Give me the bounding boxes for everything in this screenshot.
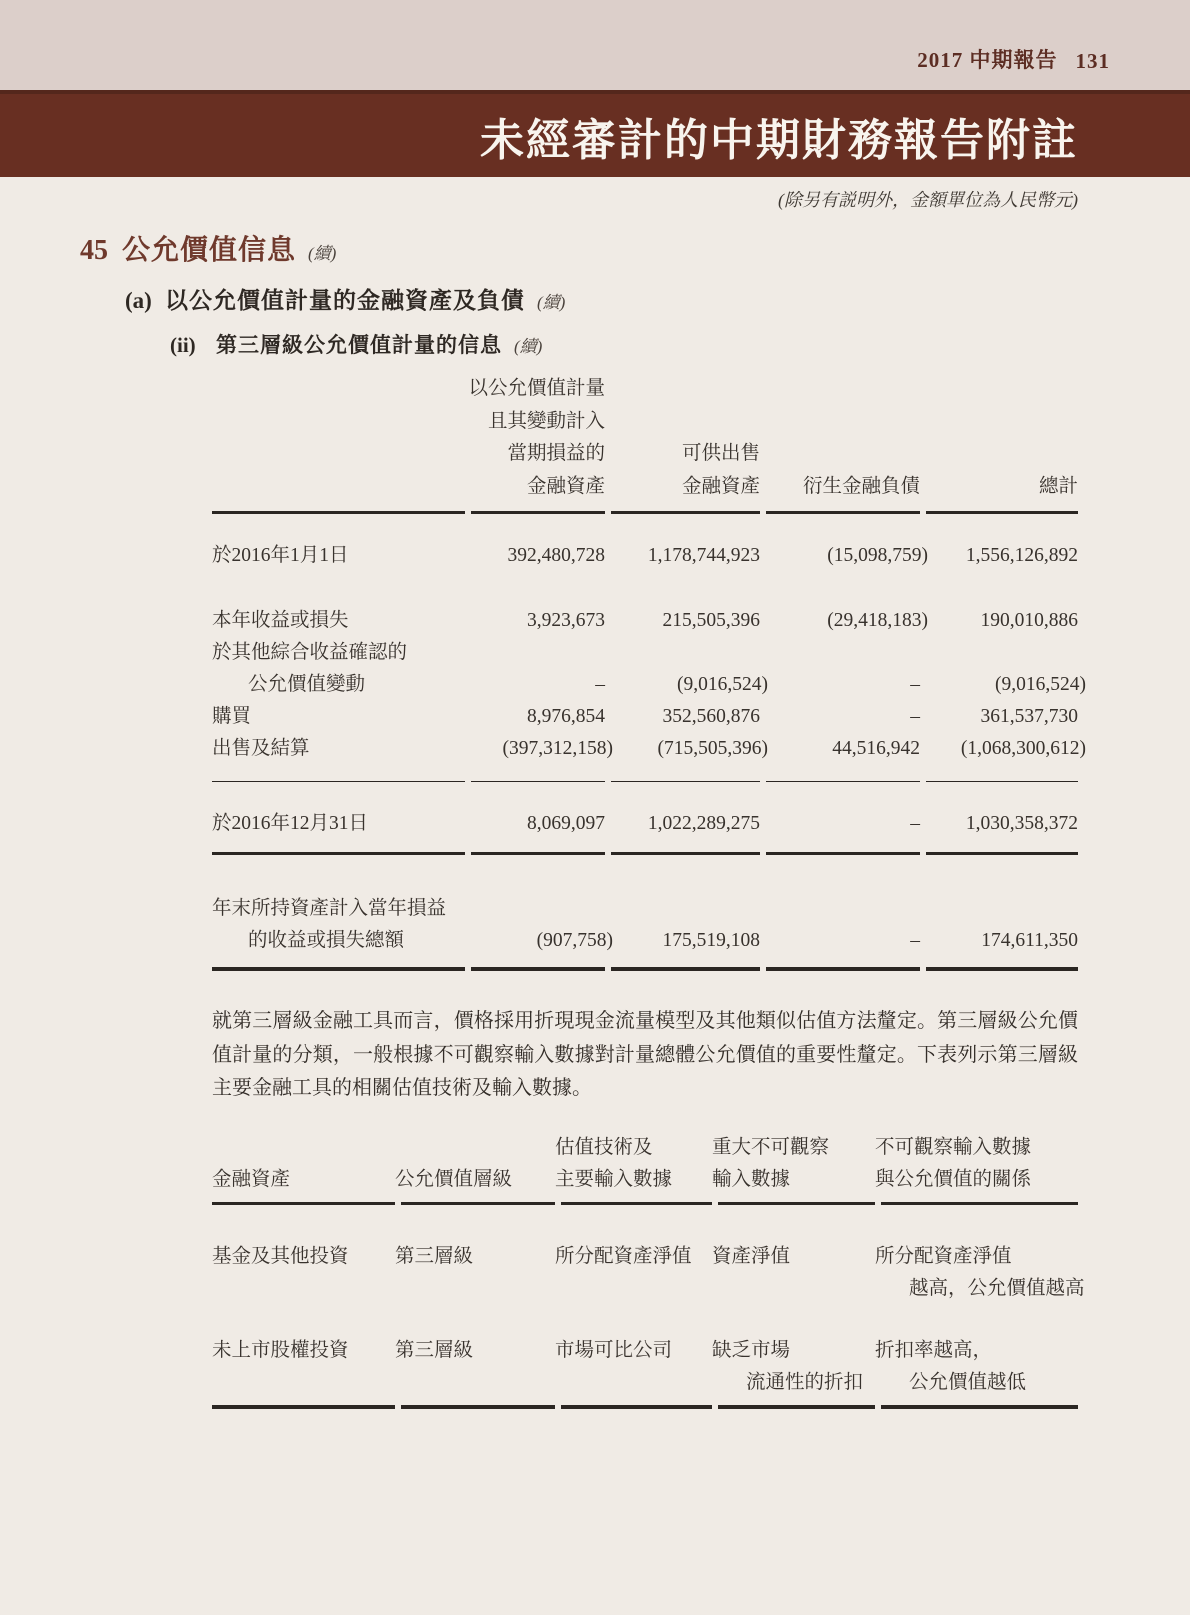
commentary-paragraph: 就第三層級金融工具而言，價格採用折現現金流量模型及其他類似估值方法釐定。第三層級…	[212, 1005, 1078, 1106]
cell-value: –	[760, 925, 920, 957]
column-header-line: 以公允價值計量	[465, 373, 605, 406]
subheading-a-title: 以公允價值計量的金融資產及負債	[165, 282, 525, 315]
page-number: 131	[1076, 49, 1111, 74]
rule-segment	[718, 1202, 875, 1205]
column-header: 估值技術及主要輸入數據	[555, 1132, 712, 1196]
rule-segment	[766, 967, 920, 971]
table-header-row: 金融資產公允價值層級估值技術及主要輸入數據重大不可觀察輸入數據不可觀察輸入數據與…	[212, 1132, 1078, 1196]
cell-value: –	[760, 669, 920, 701]
cell-value: 所分配資產淨值越高，公允價值越高	[875, 1241, 1078, 1305]
column-header-line: 不可觀察輸入數據	[875, 1132, 1078, 1164]
cell-value: 基金及其他投資	[212, 1241, 395, 1305]
cell-line: 第三層級	[395, 1335, 555, 1367]
column-header: 不可觀察輸入數據與公允價值的關係	[875, 1132, 1078, 1196]
column-header: 衍生金融負債	[760, 471, 920, 504]
cell-value: 缺乏市場流通性的折扣	[712, 1335, 875, 1399]
column-header-line: 輸入數據	[712, 1164, 875, 1196]
rule-segment	[881, 1405, 1078, 1409]
column-header: 總計	[920, 471, 1078, 504]
cell-line: 基金及其他投資	[212, 1241, 395, 1273]
table-rule	[212, 511, 1078, 514]
cell-value: 1,178,744,923	[605, 540, 760, 572]
table-header-row: 以公允價值計量且其變動計入當期損益的金融資產可供出售金融資產衍生金融負債總計	[212, 373, 1078, 503]
column-header-line: 可供出售	[605, 438, 760, 471]
row-label: 公允價值變動	[212, 669, 465, 701]
cell-value	[605, 893, 760, 925]
column-header-line: 總計	[920, 471, 1078, 504]
page-title: 未經審計的中期財務報告附註	[480, 104, 1078, 168]
table-rule	[212, 852, 1078, 855]
rule-segment	[401, 1405, 555, 1409]
cell-value: 市場可比公司	[555, 1335, 712, 1399]
rule-segment	[766, 781, 920, 782]
subheading-ii-title: 第三層級公允價值計量的信息	[216, 329, 502, 359]
row-label: 購買	[212, 701, 465, 733]
row-label: 於其他綜合收益確認的	[212, 637, 465, 669]
rule-segment	[471, 781, 605, 782]
cell-line: 流通性的折扣	[712, 1367, 875, 1399]
cell-value: 第三層級	[395, 1241, 555, 1305]
row-label: 的收益或損失總額	[212, 925, 465, 957]
cell-value	[465, 893, 605, 925]
cell-value: 175,519,108	[605, 925, 760, 957]
rule-segment	[561, 1202, 712, 1205]
cell-line: 所分配資產淨值	[875, 1241, 1078, 1273]
rule-segment	[212, 1202, 395, 1205]
rule-segment	[926, 781, 1078, 782]
column-header-line: 金融資產	[605, 471, 760, 504]
currency-note: (除另有説明外，金額單位為人民幣元)	[0, 186, 1190, 212]
cell-value: (15,098,759)	[760, 540, 928, 572]
rule-segment	[926, 511, 1078, 514]
cell-value: 8,069,097	[465, 808, 605, 840]
column-header-line: 金融資產	[465, 471, 605, 504]
section-heading: 45 公允價值信息 (續)	[80, 228, 1190, 268]
rule-segment	[611, 967, 760, 971]
cell-value	[605, 637, 760, 669]
rule-segment	[718, 1405, 875, 1409]
cell-value: (397,312,158)	[465, 733, 613, 765]
section-continued-marker: (續)	[308, 239, 336, 264]
rule-segment	[212, 967, 465, 971]
cell-value: –	[760, 701, 920, 733]
cell-value	[760, 637, 920, 669]
column-header: 可供出售金融資產	[605, 438, 760, 503]
cell-value: 215,505,396	[605, 605, 760, 637]
cell-line: 未上市股權投資	[212, 1335, 395, 1367]
cell-value: 1,556,126,892	[920, 540, 1078, 572]
report-page: 2017 中期報告 131 未經審計的中期財務報告附註 (除另有説明外，金額單位…	[0, 0, 1190, 1615]
cell-value: 未上市股權投資	[212, 1335, 395, 1399]
page-header-strip: 2017 中期報告 131	[0, 0, 1190, 90]
column-header: 公允價值層級	[395, 1164, 555, 1196]
rule-segment	[401, 1202, 555, 1205]
rule-segment	[611, 781, 760, 782]
cell-value: 折扣率越高，公允價值越低	[875, 1335, 1078, 1399]
column-header-line: 且其變動計入	[465, 406, 605, 439]
column-header: 重大不可觀察輸入數據	[712, 1132, 875, 1196]
cell-value	[920, 893, 1078, 925]
section-number: 45	[80, 235, 122, 267]
table-row: 購買8,976,854352,560,876–361,537,730	[212, 701, 1078, 733]
subheading-a-continued-marker: (續)	[537, 288, 565, 313]
rule-segment	[212, 781, 465, 782]
title-banner: 未經審計的中期財務報告附註	[0, 90, 1190, 177]
row-label: 本年收益或損失	[212, 605, 465, 637]
cell-value: 361,537,730	[920, 701, 1078, 733]
table-row: 公允價值變動–(9,016,524)–(9,016,524)	[212, 669, 1078, 701]
cell-line: 第三層級	[395, 1241, 555, 1273]
cell-line: 折扣率越高，	[875, 1335, 1078, 1367]
cell-value: –	[465, 669, 605, 701]
rule-segment	[766, 511, 920, 514]
rule-segment	[471, 852, 605, 855]
column-header-line: 主要輸入數據	[555, 1164, 712, 1196]
rule-segment	[561, 1405, 712, 1409]
table-row: 本年收益或損失3,923,673215,505,396(29,418,183)1…	[212, 605, 1078, 637]
subheading-a: (a) 以公允價值計量的金融資產及負債 (續)	[125, 282, 1190, 315]
cell-value: 所分配資產淨值	[555, 1241, 712, 1305]
column-header: 金融資產	[212, 1164, 395, 1196]
cell-line: 公允價值越低	[875, 1367, 1078, 1399]
cell-line: 越高，公允價值越高	[875, 1273, 1078, 1305]
table-rule	[212, 967, 1078, 971]
rule-segment	[766, 852, 920, 855]
subheading-ii-label: (ii)	[170, 333, 216, 358]
row-label: 於2016年12月31日	[212, 808, 465, 840]
table-rule	[212, 1202, 1078, 1205]
cell-value: 44,516,942	[760, 733, 920, 765]
table-row: 的收益或損失總額(907,758)175,519,108–174,611,350	[212, 925, 1078, 957]
report-title: 2017 中期報告	[917, 44, 1057, 74]
table-row: 出售及結算(397,312,158)(715,505,396)44,516,94…	[212, 733, 1078, 765]
row-label: 於2016年1月1日	[212, 540, 465, 572]
valuation-technique-table: 金融資產公允價值層級估值技術及主要輸入數據重大不可觀察輸入數據不可觀察輸入數據與…	[212, 1132, 1078, 1409]
rule-segment	[881, 1202, 1078, 1205]
rule-segment	[611, 511, 760, 514]
table-row: 年末所持資產計入當年損益	[212, 893, 1078, 925]
table-row: 未上市股權投資第三層級市場可比公司缺乏市場流通性的折扣折扣率越高，公允價值越低	[212, 1335, 1078, 1399]
cell-value	[465, 637, 605, 669]
cell-value: (9,016,524)	[920, 669, 1086, 701]
movement-table: 以公允價值計量且其變動計入當期損益的金融資產可供出售金融資產衍生金融負債總計於2…	[212, 373, 1078, 971]
cell-value: 資產淨值	[712, 1241, 875, 1305]
cell-value: 1,022,289,275	[605, 808, 760, 840]
column-header-line: 當期損益的	[465, 438, 605, 471]
cell-value: 352,560,876	[605, 701, 760, 733]
cell-value: –	[760, 808, 920, 840]
rule-segment	[926, 967, 1078, 971]
cell-value: (9,016,524)	[605, 669, 768, 701]
rule-segment	[212, 852, 465, 855]
row-label: 年末所持資產計入當年損益	[212, 893, 465, 925]
cell-value: (715,505,396)	[605, 733, 768, 765]
cell-value: (29,418,183)	[760, 605, 928, 637]
rule-segment	[212, 1405, 395, 1409]
table-row: 於2016年1月1日392,480,7281,178,744,923(15,09…	[212, 540, 1078, 572]
subheading-ii: (ii) 第三層級公允價值計量的信息 (續)	[170, 329, 1190, 359]
subheading-ii-continued-marker: (續)	[514, 332, 542, 357]
cell-value: (907,758)	[465, 925, 613, 957]
cell-value: 392,480,728	[465, 540, 605, 572]
rule-segment	[471, 511, 605, 514]
table-row: 於其他綜合收益確認的	[212, 637, 1078, 669]
column-header-line: 重大不可觀察	[712, 1132, 875, 1164]
cell-line: 資產淨值	[712, 1241, 875, 1273]
rule-segment	[926, 852, 1078, 855]
cell-line: 缺乏市場	[712, 1335, 875, 1367]
rule-segment	[212, 511, 465, 514]
cell-line: 所分配資產淨值	[555, 1241, 712, 1273]
cell-line: 市場可比公司	[555, 1335, 712, 1367]
cell-value	[760, 893, 920, 925]
column-header-line: 金融資產	[212, 1164, 395, 1196]
section-title: 公允價值信息	[122, 228, 296, 268]
cell-value: (1,068,300,612)	[920, 733, 1086, 765]
column-header: 以公允價值計量且其變動計入當期損益的金融資產	[465, 373, 605, 503]
table-row: 於2016年12月31日8,069,0971,022,289,275–1,030…	[212, 808, 1078, 840]
cell-value: 174,611,350	[920, 925, 1078, 957]
column-header-line: 估值技術及	[555, 1132, 712, 1164]
column-header-line: 公允價值層級	[395, 1164, 555, 1196]
cell-value: 1,030,358,372	[920, 808, 1078, 840]
table-rule	[212, 781, 1078, 782]
cell-value	[920, 637, 1078, 669]
cell-value: 8,976,854	[465, 701, 605, 733]
row-label: 出售及結算	[212, 733, 465, 765]
rule-segment	[471, 967, 605, 971]
column-header-line: 衍生金融負債	[760, 471, 920, 504]
cell-value: 3,923,673	[465, 605, 605, 637]
rule-segment	[611, 852, 760, 855]
subheading-a-label: (a)	[125, 288, 165, 314]
table-row: 基金及其他投資第三層級所分配資產淨值資產淨值所分配資產淨值越高，公允價值越高	[212, 1241, 1078, 1305]
cell-value: 190,010,886	[920, 605, 1078, 637]
column-header-line: 與公允價值的關係	[875, 1164, 1078, 1196]
table-rule	[212, 1405, 1078, 1409]
cell-value: 第三層級	[395, 1335, 555, 1399]
